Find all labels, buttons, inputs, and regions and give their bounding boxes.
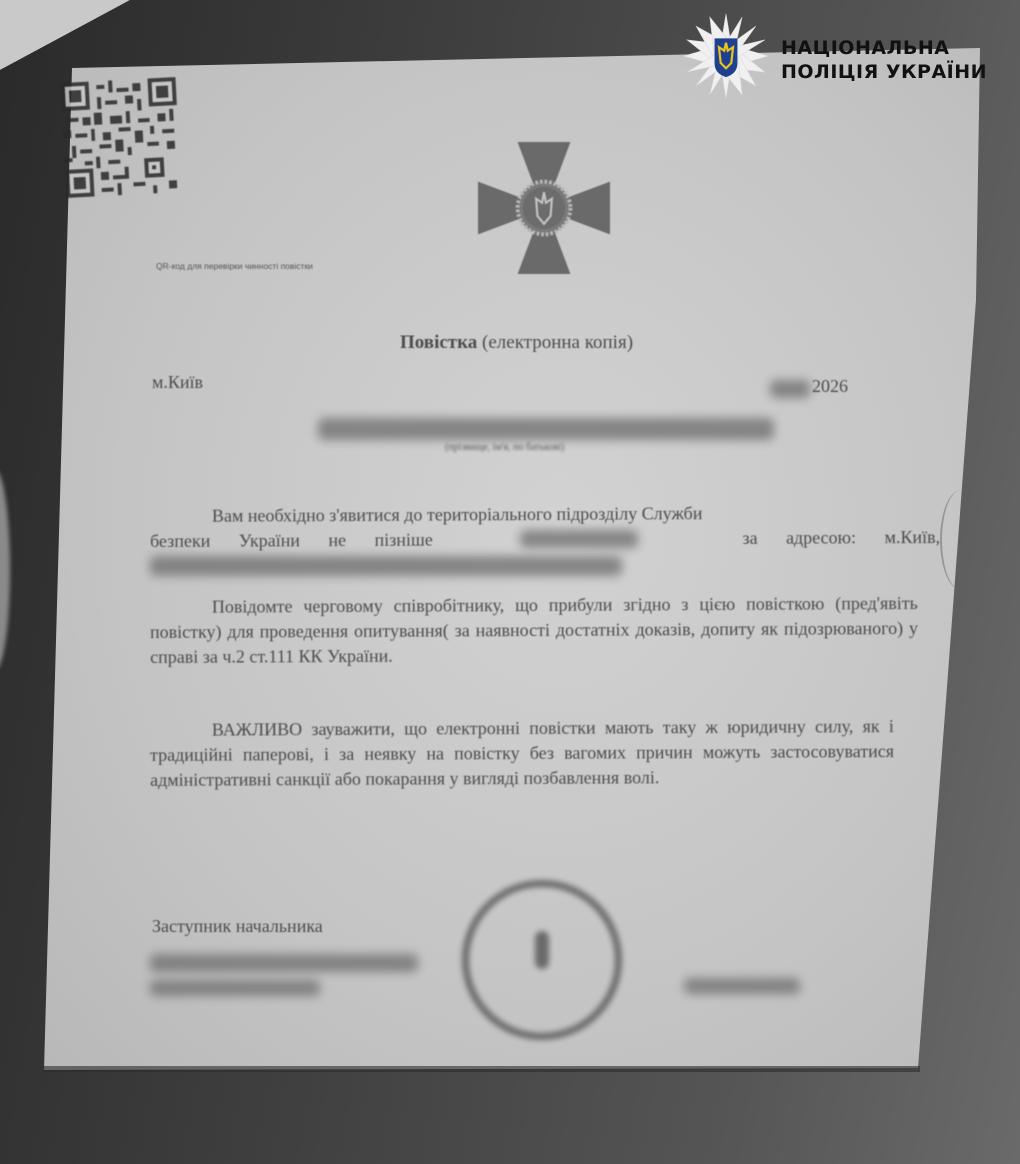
organization-line-1: НАЦІОНАЛЬНА: [781, 36, 987, 60]
redacted-signer-department: [150, 954, 418, 972]
redacted-date-day-month: [770, 380, 810, 398]
signer-title: Заступник начальника: [152, 916, 323, 937]
sbu-cross-trident-icon: [478, 142, 610, 274]
qr-code-icon: [59, 77, 183, 198]
document-date-year: 2026: [812, 376, 848, 397]
title-rest: (електронна копія): [482, 332, 633, 353]
paper-crease: [940, 490, 982, 590]
official-seal-icon: [462, 880, 622, 1040]
document-city: м.Київ: [152, 372, 203, 393]
police-watermark-text: НАЦІОНАЛЬНА ПОЛІЦІЯ УКРАЇНИ: [781, 36, 987, 84]
paragraph-1-line-2b: за адресою: м.Київ,: [622, 525, 940, 552]
paragraph-1-line-2a: безпеки України не пізніше: [150, 528, 433, 554]
redacted-signer-name: [684, 978, 800, 994]
qr-caption: QR-код для перевірки чинності повістки: [156, 261, 313, 271]
recipient-caption: (прізвище, ім'я, по батькові): [445, 442, 564, 453]
paragraph-warning: ВАЖЛИВО зауважити, що електронні повістк…: [150, 714, 894, 793]
document-title: Повістка (електронна копія): [400, 332, 633, 354]
redacted-address-details: [150, 556, 622, 576]
paragraph-3-text: ВАЖЛИВО зауважити, що електронні повістк…: [150, 714, 894, 793]
redacted-deadline-date: [520, 530, 638, 548]
organization-line-2: ПОЛІЦІЯ УКРАЇНИ: [781, 60, 987, 84]
paper-shadow: [44, 1066, 920, 1072]
paragraph-instructions: Повідомте черговому співробітнику, що пр…: [150, 591, 918, 670]
redacted-recipient-name: [318, 418, 774, 440]
police-star-trident-icon: [682, 12, 770, 100]
redacted-signer-department-2: [150, 980, 320, 996]
paragraph-2-text: Повідомте черговому співробітнику, що пр…: [150, 591, 918, 670]
title-bold: Повістка: [400, 332, 477, 353]
